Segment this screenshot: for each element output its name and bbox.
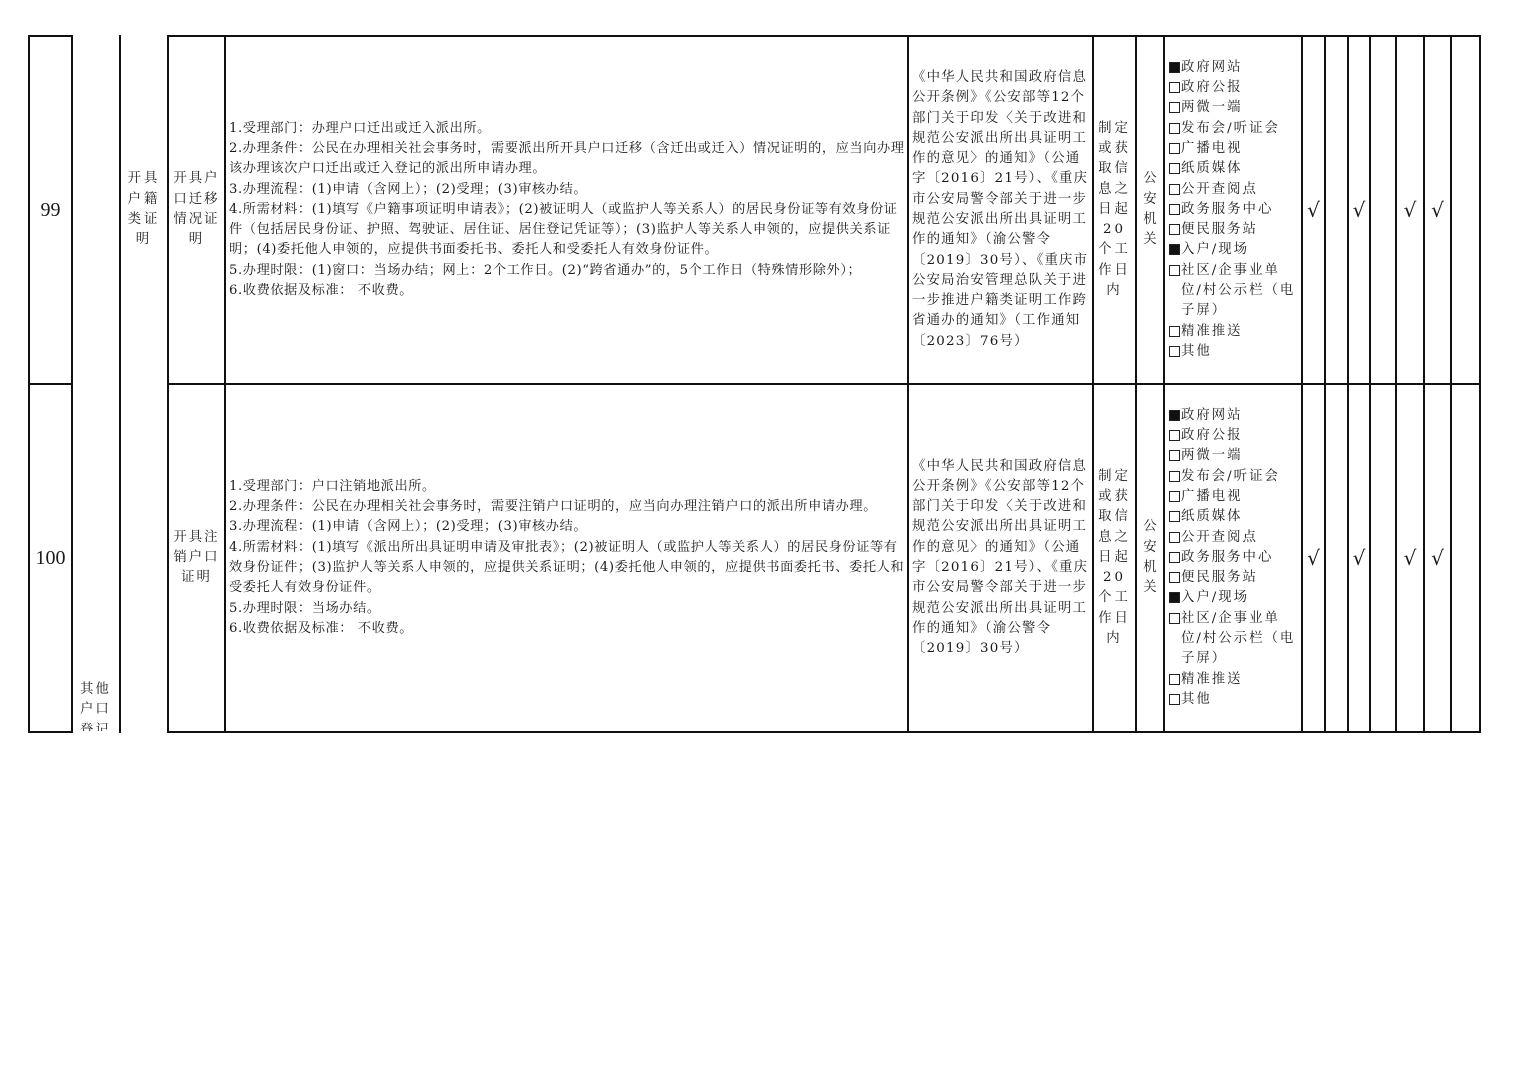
mark-cell-3: √ — [1349, 37, 1369, 383]
channel-label: 入户/现场 — [1181, 588, 1249, 608]
unchecked-box-icon — [1169, 552, 1180, 563]
checked-box-icon — [1169, 592, 1180, 603]
responsible-subject: 公安机关 — [1137, 385, 1163, 731]
mark-cell-2 — [1326, 385, 1347, 731]
channel-label: 精准推送 — [1181, 322, 1243, 342]
unchecked-box-icon — [1169, 204, 1180, 215]
channel-option: 公开查阅点 — [1169, 180, 1301, 200]
channel-option: 政务服务中心 — [1169, 200, 1301, 220]
channel-option: 政府公报 — [1169, 426, 1301, 446]
col-line-16 — [1479, 35, 1481, 733]
channel-label: 两微一端 — [1181, 98, 1243, 118]
mark-cell-3: √ — [1349, 385, 1369, 731]
channel-option: 政府网站 — [1169, 406, 1301, 426]
legal-basis: 《中华人民共和国政府信息公开条例》《公安部等12个部门关于印发〈关于改进和规范公… — [909, 37, 1092, 383]
timeframe: 制定或获取信息之日起20个工作日内 — [1094, 385, 1135, 731]
channel-option: 入户/现场 — [1169, 240, 1301, 260]
timeframe: 制定或获取信息之日起20个工作日内 — [1094, 37, 1135, 383]
channel-label: 其他 — [1181, 690, 1212, 710]
channel-label: 社区/企事业单位/村公示栏（电子屏） — [1181, 261, 1301, 322]
channel-option: 其他 — [1169, 690, 1301, 710]
unchecked-box-icon — [1169, 143, 1180, 154]
channel-label: 政府网站 — [1181, 406, 1243, 426]
unchecked-box-icon — [1169, 511, 1180, 522]
channel-option: 公开查阅点 — [1169, 528, 1301, 548]
item-content: 1.受理部门：户口注销地派出所。 2.办理条件：公民在办理相关社会事务时，需要注… — [226, 385, 907, 731]
mark-cell-1: √ — [1303, 37, 1324, 383]
channel-label: 社区/企事业单位/村公示栏（电子屏） — [1181, 609, 1301, 670]
mark-cell-4 — [1371, 37, 1395, 383]
channel-label: 政务服务中心 — [1181, 548, 1273, 568]
item-name: 开具注销户口证明 — [169, 385, 224, 731]
unchecked-box-icon — [1169, 346, 1180, 357]
channel-option: 社区/企事业单位/村公示栏（电子屏） — [1169, 609, 1301, 670]
channel-label: 广播电视 — [1181, 139, 1243, 159]
mark-cell-6: √ — [1425, 385, 1450, 731]
channel-label: 发布会/听证会 — [1181, 467, 1280, 487]
channel-label: 精准推送 — [1181, 670, 1243, 690]
channel-option: 政务服务中心 — [1169, 548, 1301, 568]
channel-option: 纸质媒体 — [1169, 507, 1301, 527]
subcategory-label: 其他户口登记 — [73, 680, 119, 731]
channel-label: 其他 — [1181, 342, 1212, 362]
mark-cell-2 — [1326, 37, 1347, 383]
channel-label: 公开查阅点 — [1181, 528, 1258, 548]
channel-label: 政府网站 — [1181, 58, 1243, 78]
unchecked-box-icon — [1169, 224, 1180, 235]
mark-cell-7 — [1452, 37, 1479, 383]
category-label: 开具户籍类证明 — [121, 37, 167, 383]
channel-option: 社区/企事业单位/村公示栏（电子屏） — [1169, 261, 1301, 322]
channel-option: 广播电视 — [1169, 139, 1301, 159]
row-bottom-border-a — [28, 731, 72, 733]
unchecked-box-icon — [1169, 430, 1180, 441]
channel-label: 政务服务中心 — [1181, 200, 1273, 220]
mark-cell-6: √ — [1425, 37, 1450, 383]
unchecked-box-icon — [1169, 532, 1180, 543]
channel-label: 纸质媒体 — [1181, 159, 1243, 179]
channel-option: 两微一端 — [1169, 446, 1301, 466]
unchecked-box-icon — [1169, 572, 1180, 583]
unchecked-box-icon — [1169, 163, 1180, 174]
channel-label: 入户/现场 — [1181, 240, 1249, 260]
unchecked-box-icon — [1169, 184, 1180, 195]
row-number: 99 — [30, 37, 71, 383]
channel-label: 发布会/听证会 — [1181, 119, 1280, 139]
channel-option: 入户/现场 — [1169, 588, 1301, 608]
channel-option: 政府网站 — [1169, 58, 1301, 78]
mark-cell-1: √ — [1303, 385, 1324, 731]
mark-cell-5: √ — [1397, 385, 1423, 731]
channel-label: 政府公报 — [1181, 426, 1243, 446]
channel-label: 两微一端 — [1181, 446, 1243, 466]
channel-label: 纸质媒体 — [1181, 507, 1243, 527]
channel-label: 广播电视 — [1181, 487, 1243, 507]
unchecked-box-icon — [1169, 123, 1180, 134]
channel-option: 便民服务站 — [1169, 568, 1301, 588]
col-line-1 — [71, 35, 73, 733]
channel-label: 便民服务站 — [1181, 220, 1258, 240]
mark-cell-5: √ — [1397, 37, 1423, 383]
channels: 政府网站政府公报两微一端发布会/听证会广播电视纸质媒体公开查阅点政务服务中心便民… — [1165, 385, 1301, 731]
mark-cell-4 — [1371, 385, 1395, 731]
channel-option: 其他 — [1169, 342, 1301, 362]
channel-label: 政府公报 — [1181, 78, 1243, 98]
channel-option: 便民服务站 — [1169, 220, 1301, 240]
channel-option: 精准推送 — [1169, 322, 1301, 342]
unchecked-box-icon — [1169, 265, 1180, 276]
checked-box-icon — [1169, 62, 1180, 73]
legal-basis: 《中华人民共和国政府信息公开条例》《公安部等12个部门关于印发〈关于改进和规范公… — [909, 385, 1092, 731]
item-name: 开具户口迁移情况证明 — [169, 37, 224, 383]
responsible-subject: 公安机关 — [1137, 37, 1163, 383]
channel-option: 发布会/听证会 — [1169, 119, 1301, 139]
channel-option: 纸质媒体 — [1169, 159, 1301, 179]
channel-option: 精准推送 — [1169, 670, 1301, 690]
channel-option: 发布会/听证会 — [1169, 467, 1301, 487]
channel-label: 公开查阅点 — [1181, 180, 1258, 200]
unchecked-box-icon — [1169, 326, 1180, 337]
channel-option: 两微一端 — [1169, 98, 1301, 118]
unchecked-box-icon — [1169, 102, 1180, 113]
unchecked-box-icon — [1169, 82, 1180, 93]
checked-box-icon — [1169, 244, 1180, 255]
checked-box-icon — [1169, 410, 1180, 421]
channel-option: 广播电视 — [1169, 487, 1301, 507]
channel-label: 便民服务站 — [1181, 568, 1258, 588]
item-content: 1.受理部门：办理户口迁出或迁入派出所。 2.办理条件：公民在办理相关社会事务时… — [226, 37, 907, 383]
channels: 政府网站政府公报两微一端发布会/听证会广播电视纸质媒体公开查阅点政务服务中心便民… — [1165, 37, 1301, 383]
unchecked-box-icon — [1169, 450, 1180, 461]
unchecked-box-icon — [1169, 694, 1180, 705]
row-bottom-border-b — [168, 731, 1481, 733]
row-number: 100 — [30, 385, 71, 731]
unchecked-box-icon — [1169, 471, 1180, 482]
channel-option: 政府公报 — [1169, 78, 1301, 98]
mark-cell-7 — [1452, 385, 1479, 731]
unchecked-box-icon — [1169, 491, 1180, 502]
unchecked-box-icon — [1169, 674, 1180, 685]
unchecked-box-icon — [1169, 613, 1180, 624]
